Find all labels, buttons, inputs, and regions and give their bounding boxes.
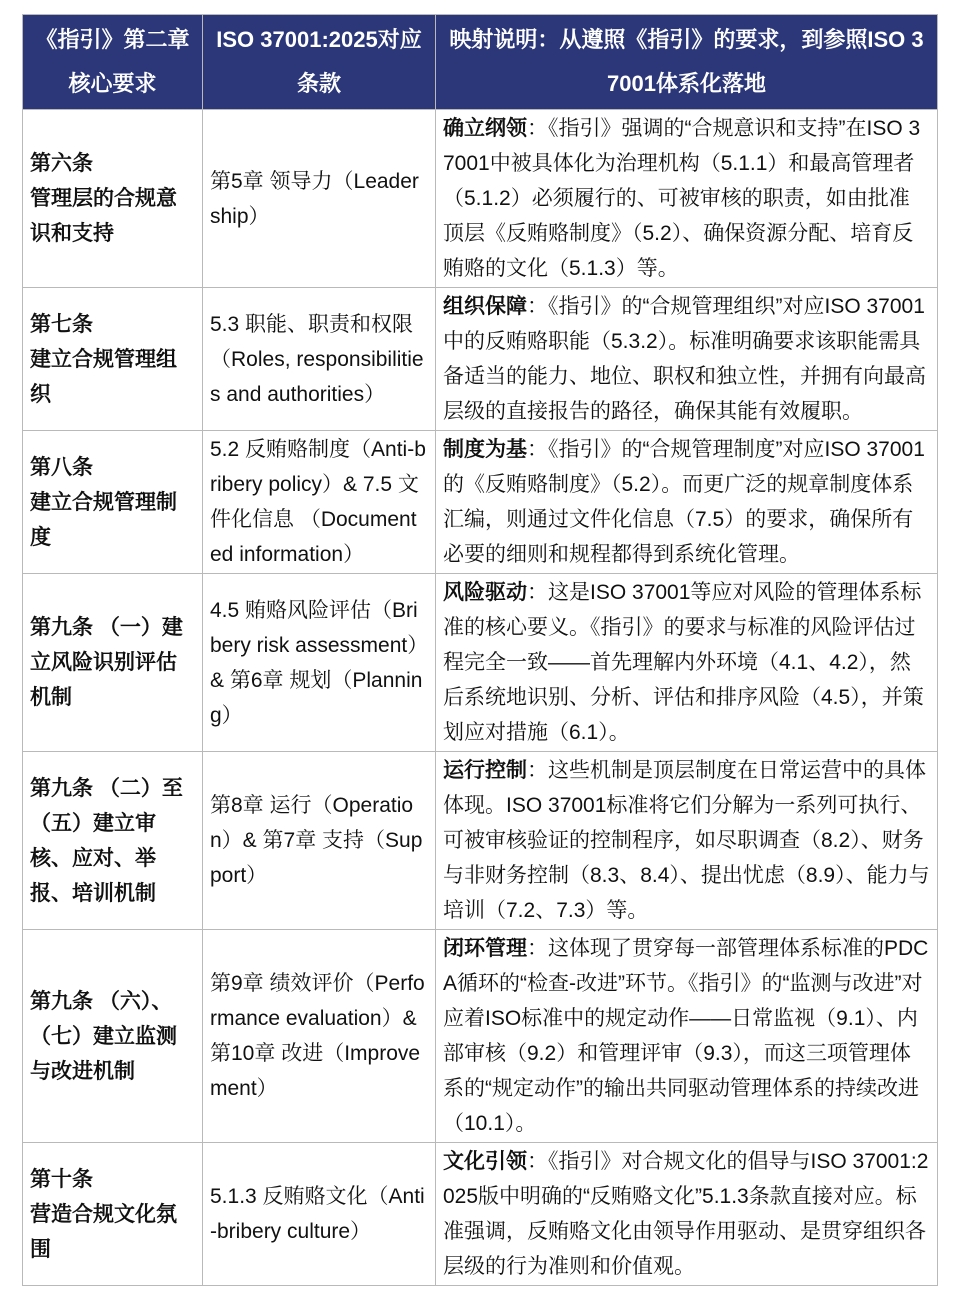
header-row: 《指引》第二章 核心要求 ISO 37001:2025对应条款 映射说明：从遵照… — [23, 15, 938, 110]
cell-requirement: 第十条 营造合规文化氛围 — [23, 1143, 203, 1286]
table-row: 第九条 （一）建立风险识别评估机制 4.5 贿赂风险评估（Bribery ris… — [23, 574, 938, 752]
cell-mapping: 运行控制：这些机制是顶层制度在日常运营中的具体体现。ISO 37001标准将它们… — [436, 752, 938, 930]
guide-iso-mapping-table: 《指引》第二章 核心要求 ISO 37001:2025对应条款 映射说明：从遵照… — [22, 14, 938, 1286]
mapping-text: ：这是ISO 37001等应对风险的管理体系标准的核心要义。《指引》的要求与标准… — [443, 581, 924, 744]
cell-requirement: 第九条 （一）建立风险识别评估机制 — [23, 574, 203, 752]
cell-mapping: 组织保障：《指引》的“合规管理组织”对应ISO 37001中的反贿赂职能（5.3… — [436, 288, 938, 431]
mapping-lead: 制度为基 — [443, 438, 527, 461]
cell-requirement: 第九条 （二）至（五）建立审核、应对、举报、培训机制 — [23, 752, 203, 930]
mapping-lead: 组织保障 — [443, 295, 527, 318]
header-mapping-explanation: 映射说明：从遵照《指引》的要求，到参照ISO 37001体系化落地 — [436, 15, 938, 110]
table-row: 第七条 建立合规管理组织 5.3 职能、职责和权限（Roles, respons… — [23, 288, 938, 431]
mapping-table-container: 《指引》第二章 核心要求 ISO 37001:2025对应条款 映射说明：从遵照… — [22, 14, 938, 1286]
header-iso-clauses: ISO 37001:2025对应条款 — [203, 15, 436, 110]
cell-mapping: 闭环管理：这体现了贯穿每一部管理体系标准的PDCA循环的“检查-改进”环节。《指… — [436, 930, 938, 1143]
mapping-lead: 风险驱动 — [443, 581, 527, 604]
cell-iso-clause: 第9章 绩效评价（Performance evaluation）& 第10章 改… — [203, 930, 436, 1143]
mapping-lead: 闭环管理 — [443, 937, 527, 960]
cell-mapping: 风险驱动：这是ISO 37001等应对风险的管理体系标准的核心要义。《指引》的要… — [436, 574, 938, 752]
table-row: 第十条 营造合规文化氛围 5.1.3 反贿赂文化（Anti-bribery cu… — [23, 1143, 938, 1286]
cell-iso-clause: 5.3 职能、职责和权限（Roles, responsibilities and… — [203, 288, 436, 431]
cell-iso-clause: 5.1.3 反贿赂文化（Anti-bribery culture） — [203, 1143, 436, 1286]
cell-requirement: 第九条 （六）、（七）建立监测与改进机制 — [23, 930, 203, 1143]
table-row: 第九条 （二）至（五）建立审核、应对、举报、培训机制 第8章 运行（Operat… — [23, 752, 938, 930]
mapping-lead: 文化引领 — [443, 1150, 527, 1173]
mapping-lead: 运行控制 — [443, 759, 527, 782]
cell-iso-clause: 第8章 运行（Operation）& 第7章 支持（Support） — [203, 752, 436, 930]
cell-requirement: 第八条 建立合规管理制度 — [23, 431, 203, 574]
cell-iso-clause: 第5章 领导力（Leadership） — [203, 110, 436, 288]
mapping-text: ：这体现了贯穿每一部管理体系标准的PDCA循环的“检查-改进”环节。《指引》的“… — [443, 937, 928, 1135]
cell-requirement: 第七条 建立合规管理组织 — [23, 288, 203, 431]
header-guide-requirements: 《指引》第二章 核心要求 — [23, 15, 203, 110]
mapping-text: ：这些机制是顶层制度在日常运营中的具体体现。ISO 37001标准将它们分解为一… — [443, 759, 930, 922]
table-row: 第九条 （六）、（七）建立监测与改进机制 第9章 绩效评价（Performanc… — [23, 930, 938, 1143]
mapping-lead: 确立纲领 — [443, 117, 527, 140]
cell-iso-clause: 4.5 贿赂风险评估（Bribery risk assessment）& 第6章… — [203, 574, 436, 752]
mapping-text: ：《指引》强调的“合规意识和支持”在ISO 37001中被具体化为治理机构（5.… — [443, 117, 920, 280]
cell-mapping: 制度为基：《指引》的“合规管理制度”对应ISO 37001的《反贿赂制度》（5.… — [436, 431, 938, 574]
cell-requirement: 第六条 管理层的合规意识和支持 — [23, 110, 203, 288]
table-row: 第八条 建立合规管理制度 5.2 反贿赂制度（Anti-bribery poli… — [23, 431, 938, 574]
cell-mapping: 确立纲领：《指引》强调的“合规意识和支持”在ISO 37001中被具体化为治理机… — [436, 110, 938, 288]
table-row: 第六条 管理层的合规意识和支持 第5章 领导力（Leadership） 确立纲领… — [23, 110, 938, 288]
cell-mapping: 文化引领：《指引》对合规文化的倡导与ISO 37001:2025版中明确的“反贿… — [436, 1143, 938, 1286]
cell-iso-clause: 5.2 反贿赂制度（Anti-bribery policy）& 7.5 文件化信… — [203, 431, 436, 574]
